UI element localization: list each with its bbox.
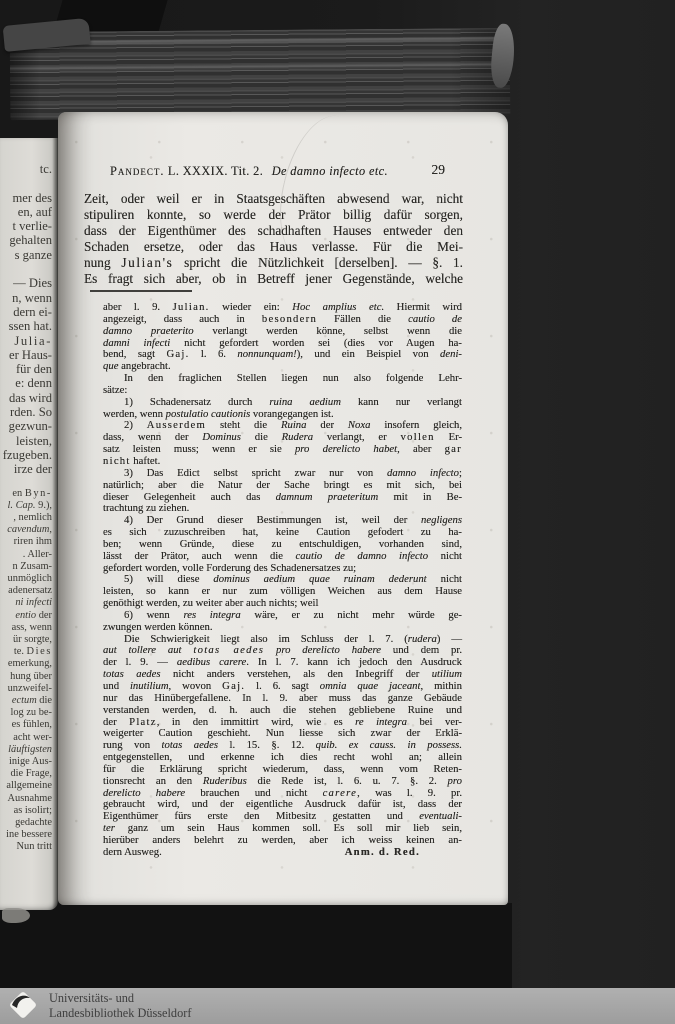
body-text: Zeit, oder weil er in Staatsgeschäften a… — [84, 191, 463, 286]
running-title-latin: De damno infecto etc. — [272, 164, 388, 178]
book-scan-photo: tc. mer desen, auft verlie-gehaltens gan… — [0, 0, 675, 1024]
prev-page-footnote-text: en Byn-l. Cap. 9.),, nemlichcavendum,rir… — [0, 488, 52, 854]
ulb-logo-icon — [6, 988, 40, 1022]
running-title: Pandect. L. XXXIX. Tit. 2. De damno infe… — [110, 164, 388, 179]
library-banner: Universitäts- und Landesbibliothek Düsse… — [0, 988, 675, 1024]
running-title-series: Pandect. — [110, 164, 164, 178]
footnote: aber l. 9. Julian. wieder ein: Hoc ampli… — [103, 302, 462, 859]
library-name-line1: Universitäts- und — [49, 991, 191, 1007]
page-number: 29 — [432, 162, 446, 178]
prev-page-main-text: tc. mer desen, auft verlie-gehaltens gan… — [0, 162, 52, 477]
background-shadow-bottom — [0, 903, 512, 989]
library-name-line2: Landesbibliothek Düsseldorf — [49, 1006, 191, 1022]
prev-page-text: tc. mer desen, auft verlie-gehaltens gan… — [0, 162, 52, 854]
footnote-separator — [90, 290, 192, 292]
footnote-lines: aber l. 9. Julian. wieder ein: Hoc ampli… — [103, 302, 462, 859]
book-top-edge — [10, 28, 511, 120]
library-name: Universitäts- und Landesbibliothek Düsse… — [49, 991, 191, 1022]
running-title-ref: L. XXXIX. Tit. 2. — [168, 164, 263, 178]
scanned-page: Pandect. L. XXXIX. Tit. 2. De damno infe… — [58, 112, 508, 905]
